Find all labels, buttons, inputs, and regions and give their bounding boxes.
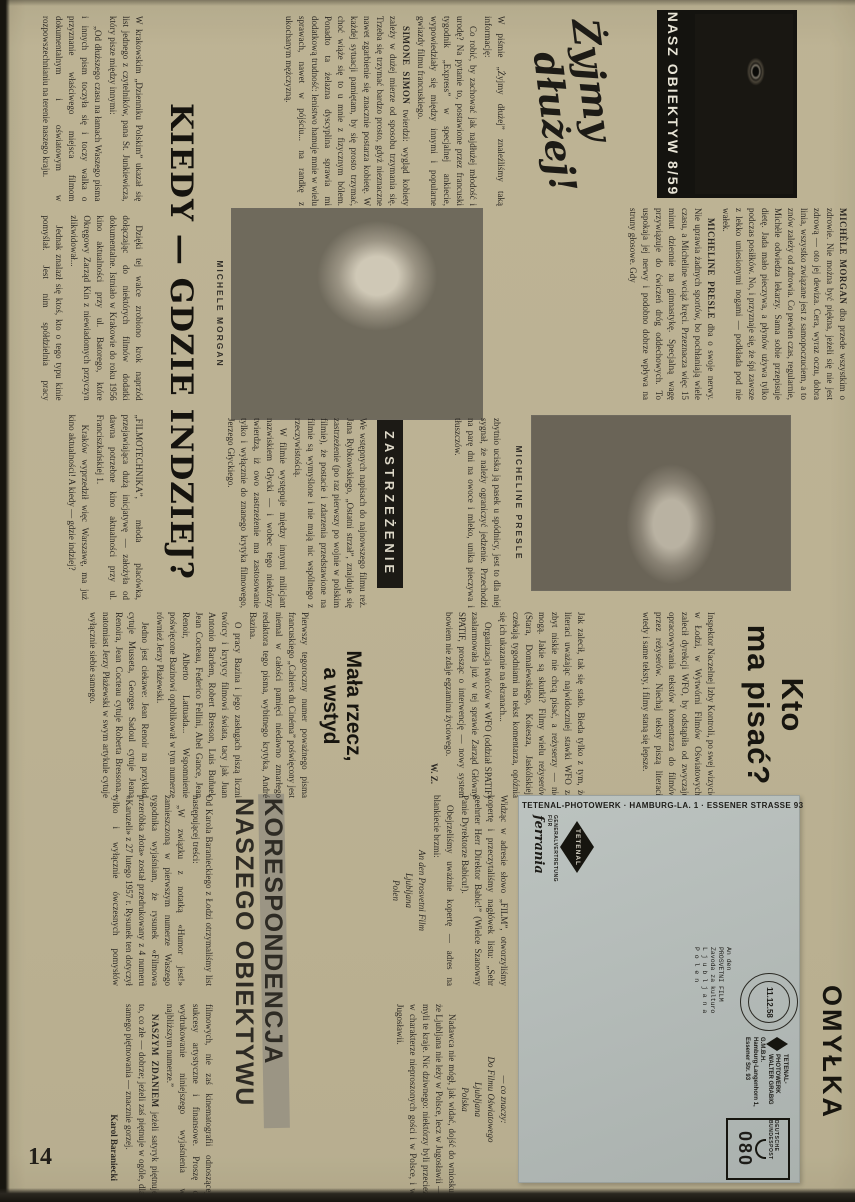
micheline-presle-photo [531,415,791,591]
postmark-stamp: 11.12.58 [740,973,798,1031]
article-title-omylka: OMYŁKA [816,985,847,1125]
presle-lead: MICHELINE PRESLE [706,218,716,319]
korespondencja-columns: Od Karola Baranieckiego z Łodzi otrzymal… [17,795,215,1195]
zastrzezenie-banner: ZASTRZEŻENIE [377,420,403,588]
koresp-reply: NASZYM ZDANIEM jeżeli satyryk piętnuje t… [122,1004,161,1195]
koresp-signature: Karol Baraniecki [107,1004,120,1195]
postmark-date: 11.12.58 [764,987,773,1018]
micheline-caption: MICHELINE PRESLE [514,415,524,591]
tetenal-diamond-logo: TETENAL [560,821,594,873]
scan-edge-bottom [0,1188,855,1202]
kto-signature: W. Z. [427,612,440,798]
morgan-caption: MICHELE MORGAN [215,208,225,420]
zyjmy-morgan-paragraph: MICHÈLE MORGAN dba przede wszystkim o zd… [719,208,849,400]
zyjmy-intro-2: Co robić, by zachować jak najdłużej młod… [414,16,479,206]
zyjmy-column-2: MICHÈLE MORGAN dba przede wszystkim o zd… [487,208,849,400]
article-title-zyjmy-dluzej: Żyjmy dłużej! [502,16,627,207]
franking-imprint: TETENAL-PHOTOWERK WALTER GRABIG G.M.B.H.… [730,1037,788,1117]
typed-address: An den PROSVETNI FILM Zavoda za kulturo … [690,947,732,1075]
article-title-korespondencja: KORESPONDENCJA NASZEGO OBIEKTYWU [229,798,287,1158]
article-title-kiedy-gdzie-indziej: KIEDY — GDZIE INDZIEJ? [163,103,199,533]
kto-column-2: Jak zalecił, tak się stało. Bieda tylko … [409,612,587,798]
postage-value: 080 [737,1131,755,1167]
omylka-columns: Widząc w adresie słowo „FILM”, otworzyli… [292,795,510,1195]
zyjmy-column-3: zbytnio uciska ją pasek u spódnicy, jest… [431,418,503,608]
zyjmy-column-1: W piśmie „Żyjmy dłużej” znaleźliśmy taką… [207,16,507,206]
michele-morgan-photo [231,208,483,420]
posthorn-icon [756,1139,767,1159]
magazine-page-scan: NASZ OBIEKTYW 8/59 Żyjmy dłużej! W piśmi… [0,0,855,1202]
nasz-obiektyw-box: NASZ OBIEKTYW 8/59 [657,10,797,198]
zastrzezenie-column: We wstępnych napisach do najnowszego fil… [205,418,369,608]
kiedy-columns: W krakowskim „Dzienniku Polskim” ukazał … [19,16,145,600]
zyjmy-intro: W piśmie „Żyjmy dłużej” znaleźliśmy taką… [481,16,507,206]
envelope-sender-line: TETENAL-PHOTOWERK · HAMBURG-LA. 1 · ESSE… [522,801,796,810]
article-title-kto-ma-pisac: Kto ma pisać? [741,612,809,798]
eyes-photo [695,14,793,194]
postage-meter-mark: DEUTSCHE BUNDESPOST 080 [726,1118,790,1180]
simone-lead: SIMONE SIMON [401,26,411,104]
masthead-label: NASZ OBIEKTYW 8/59 [665,12,681,197]
zyjmy-presle-paragraph: MICHELINE PRESLE dba o swoje nerwy. Nie … [626,208,717,400]
generalvertretung-label: GENERALVERTRETUNG FÜR [550,815,558,893]
scan-edge-top [0,0,855,6]
tetenal-envelope-photo: TETENAL-PHOTOWERK · HAMBURG-LA. 1 · ESSE… [518,795,800,1183]
morgan-lead: MICHÈLE MORGAN [838,208,848,304]
ferrania-logo: ferrania [530,815,546,885]
mala-column: Pierwszy tegoroczny numer poważnego pism… [19,612,311,798]
masthead-strip: NASZ OBIEKTYW 8/59 [657,10,689,198]
scan-edge-left [0,0,10,1202]
zyjmy-simone-paragraph: SIMONE SIMON twierdzi: wygląd kobiety za… [282,16,412,206]
page-number: 14 [28,1144,52,1171]
kto-column-1: Inspektor Naczelnej Izby Kontroli, po sw… [591,612,717,798]
article-title-mala-rzecz: Mała rzecz, a wstyd [319,618,365,794]
